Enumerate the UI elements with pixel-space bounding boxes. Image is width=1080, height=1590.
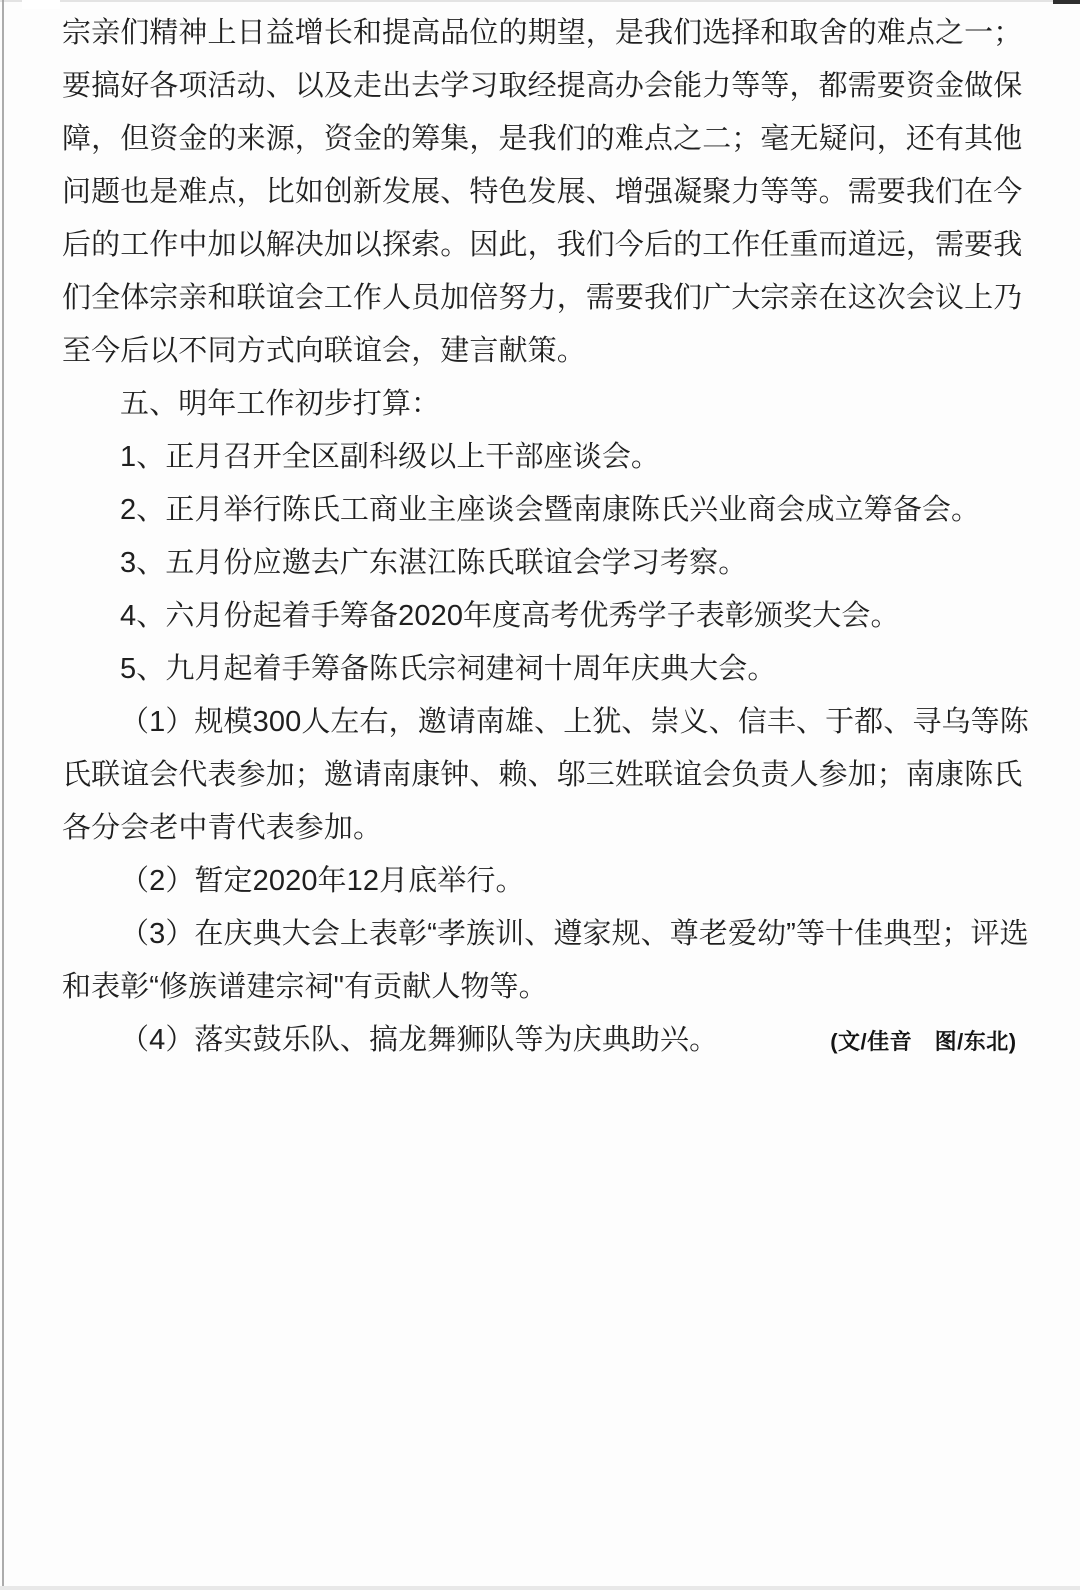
text-line: 宗亲们精神上日益增长和提高品位的期望，是我们选择和取舍的难点之一； xyxy=(62,7,1018,60)
numbered-item-line: 5、九月起着手筹备陈氏宗祠建祠十周年庆典大会。 xyxy=(62,643,1018,696)
text-line: 后的工作中加以解决加以探索。因此，我们今后的工作任重而道远，需要我 xyxy=(62,219,1018,272)
sub-item-line: （2）暂定2020年12月底举行。 xyxy=(62,855,1018,908)
scan-artifact-white-patch xyxy=(22,0,60,9)
text-line: 氏联谊会代表参加；邀请南康钟、赖、邬三姓联谊会负责人参加；南康陈氏 xyxy=(62,749,1018,802)
text-line: 问题也是难点，比如创新发展、特色发展、增强凝聚力等等。需要我们在今 xyxy=(62,166,1018,219)
text-line: 障，但资金的来源，资金的筹集，是我们的难点之二；毫无疑问，还有其他 xyxy=(62,113,1018,166)
numbered-item-line: 4、六月份起着手筹备2020年度高考优秀学子表彰颁奖大会。 xyxy=(62,590,1018,643)
numbered-item-line: 1、正月召开全区副科级以上干部座谈会。 xyxy=(62,431,1018,484)
numbered-item-line: 3、五月份应邀去广东湛江陈氏联谊会学习考察。 xyxy=(62,537,1018,590)
numbered-item-line: 2、正月举行陈氏工商业主座谈会暨南康陈氏兴业商会成立筹备会。 xyxy=(62,484,1018,537)
document-page: 宗亲们精神上日益增长和提高品位的期望，是我们选择和取舍的难点之一； 要搞好各项活… xyxy=(0,0,1080,1590)
byline: (文/佳音 图/东北) xyxy=(830,1029,1016,1054)
text-line: 们全体宗亲和联谊会工作人员加倍努力，需要我们广大宗亲在这次会议上乃 xyxy=(62,272,1018,325)
text-line: 至今后以不同方式向联谊会，建言献策。 xyxy=(62,325,1018,378)
document-body: 宗亲们精神上日益增长和提高品位的期望，是我们选择和取舍的难点之一； 要搞好各项活… xyxy=(62,7,1018,1067)
scan-artifact-left-edge-line xyxy=(2,0,4,1590)
scan-artifact-corner-mark xyxy=(1053,0,1080,4)
text-line: 各分会老中青代表参加。 xyxy=(62,802,1018,855)
sub-item-line: （3）在庆典大会上表彰“孝族训、遵家规、尊老爱幼”等十佳典型；评选 xyxy=(62,908,1018,961)
text-line: 和表彰“修族谱建宗祠"有贡献人物等。 xyxy=(62,961,1018,1014)
sub-item-text: （4）落实鼓乐队、搞龙舞狮队等为庆典助兴。 xyxy=(120,1024,718,1056)
text-line: 要搞好各项活动、以及走出去学习取经提高办会能力等等，都需要资金做保 xyxy=(62,60,1018,113)
sub-item-line: （4）落实鼓乐队、搞龙舞狮队等为庆典助兴。(文/佳音 图/东北) xyxy=(62,1014,1018,1067)
scan-artifact-bottom-strip xyxy=(0,1586,1080,1590)
scan-artifact-top-hairline xyxy=(0,0,1080,2)
sub-item-line: （1）规模300人左右，邀请南雄、上犹、崇义、信丰、于都、寻乌等陈 xyxy=(62,696,1018,749)
section-heading-line: 五、明年工作初步打算： xyxy=(62,378,1018,431)
